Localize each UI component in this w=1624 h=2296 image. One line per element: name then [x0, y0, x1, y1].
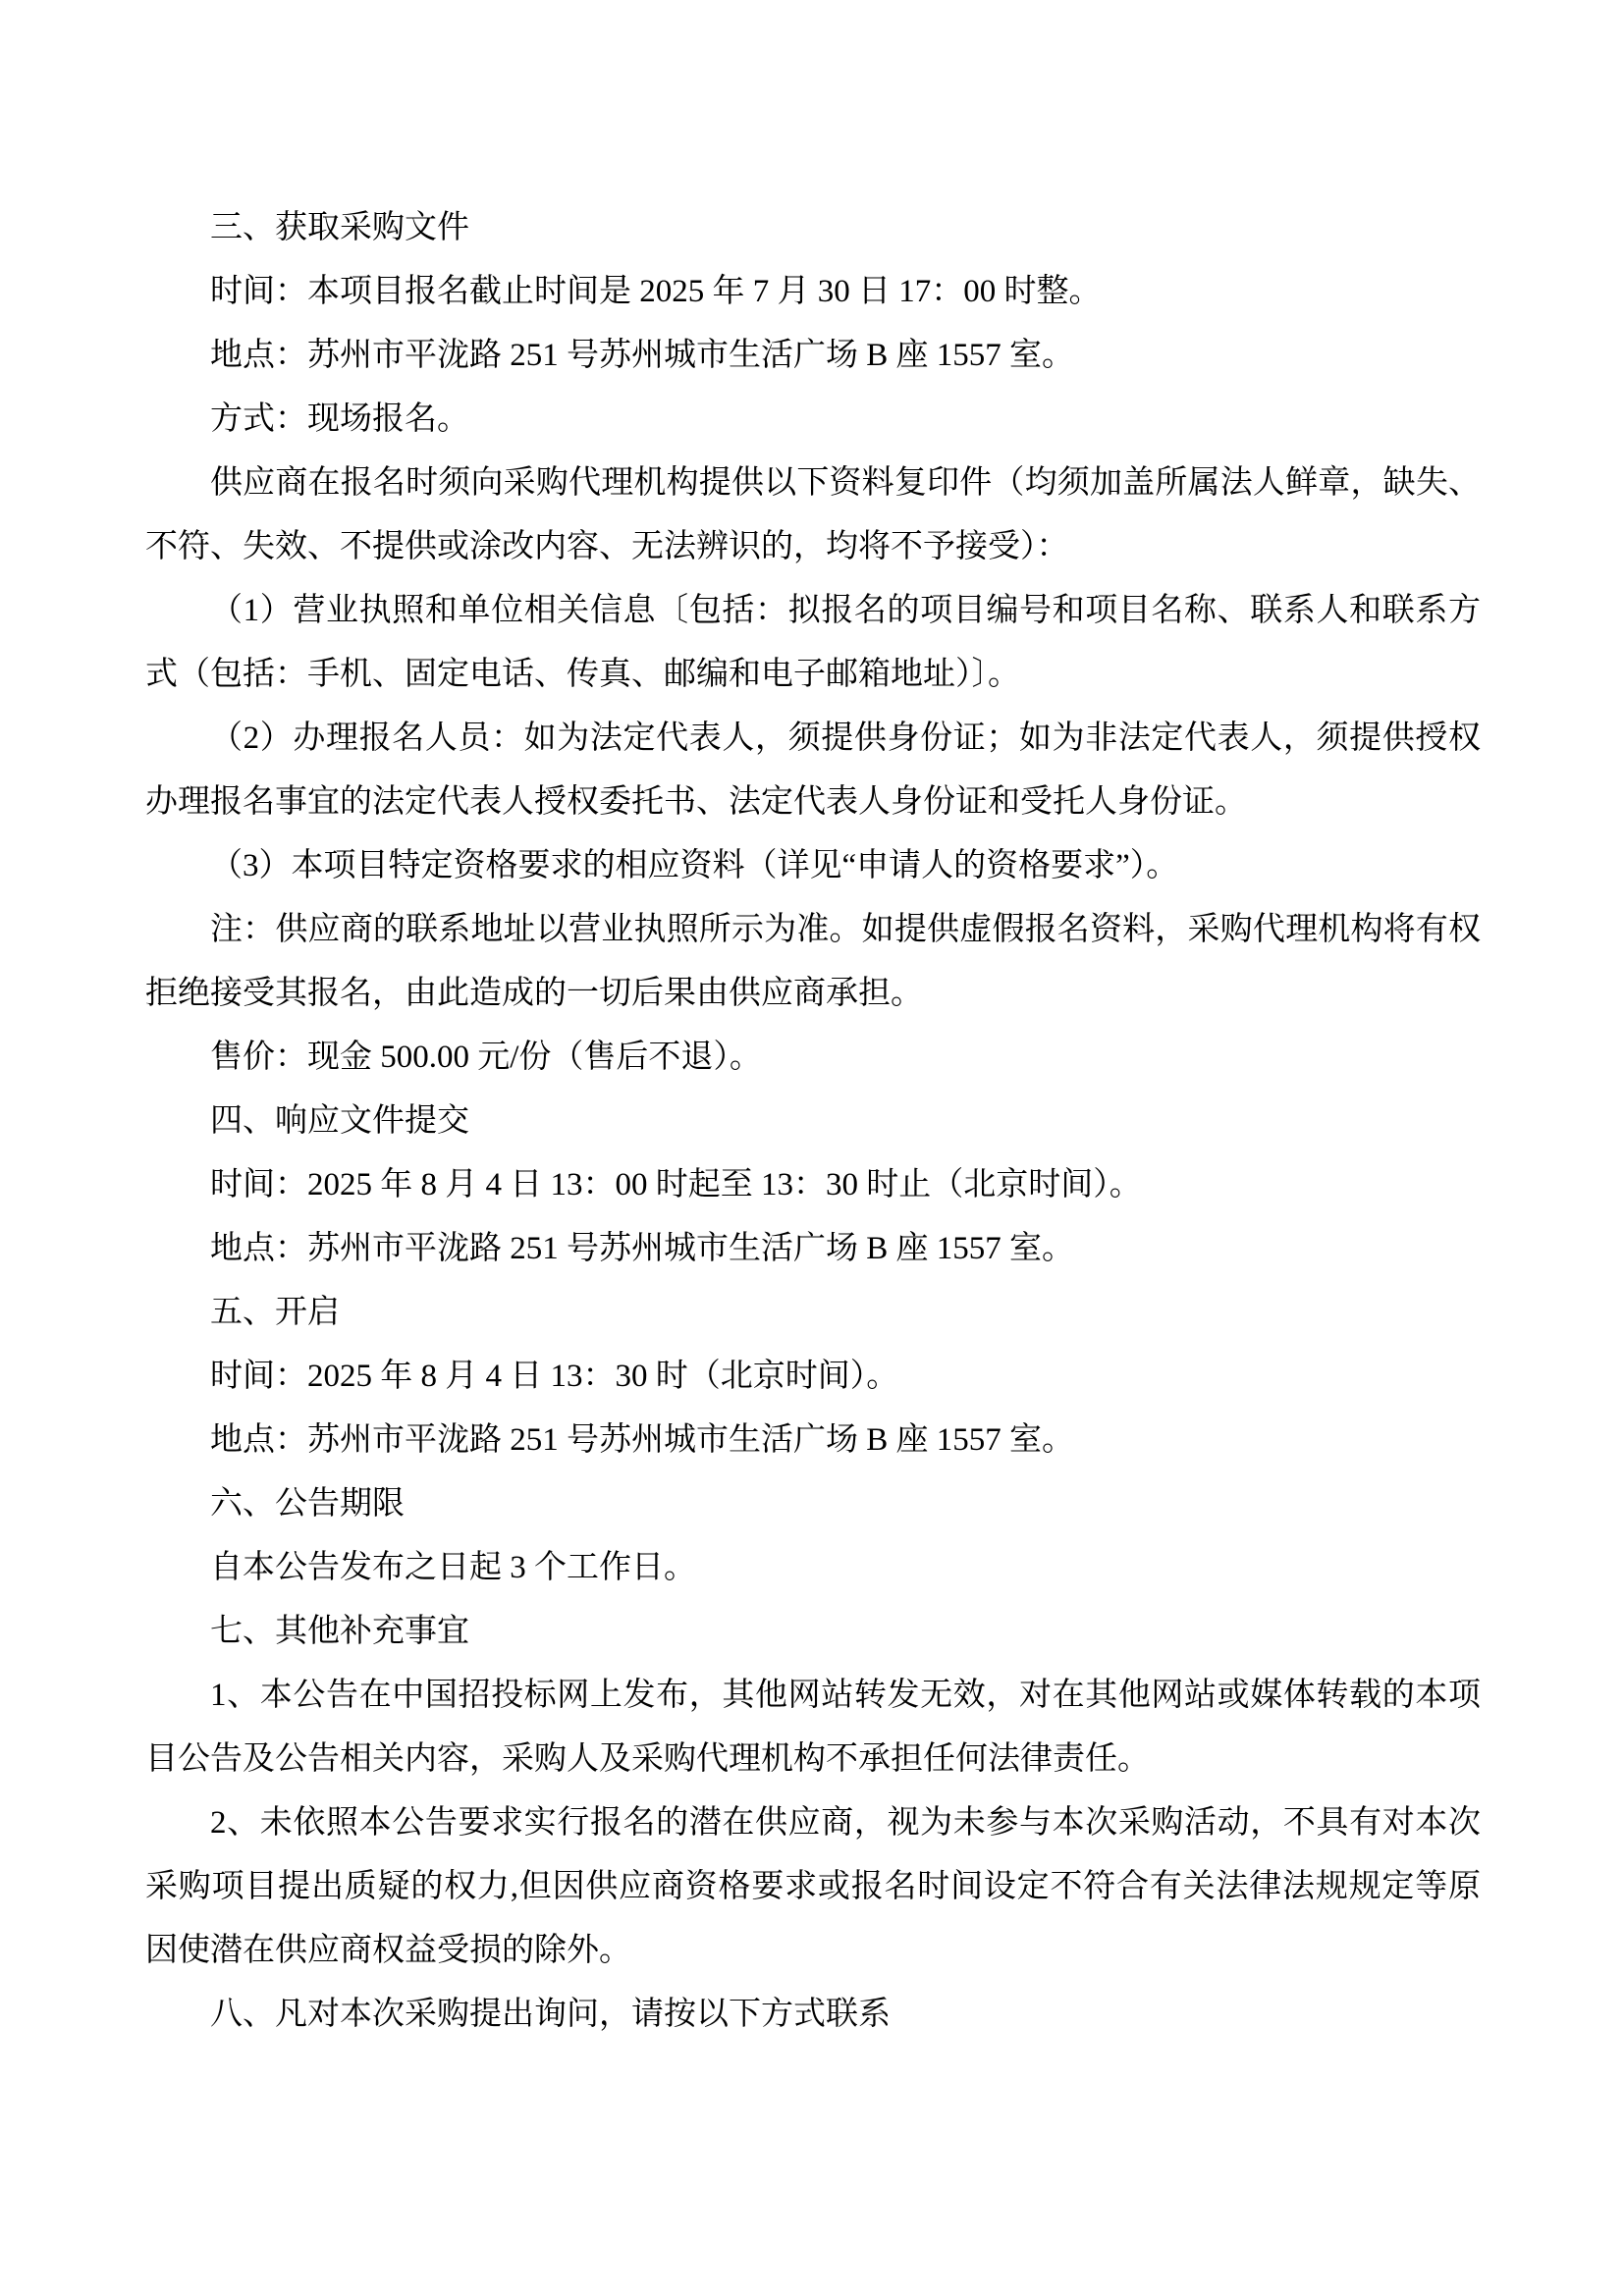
- note-supplier-address: 注：供应商的联系地址以营业执照所示为准。如提供虚假报名资料，采购代理机构将有权拒…: [145, 898, 1481, 1026]
- announcement-period: 自本公告发布之日起 3 个工作日。: [145, 1536, 1481, 1600]
- registration-method: 方式：现场报名。: [145, 388, 1481, 452]
- section-heading-other-matters: 七、其他补充事宜: [145, 1600, 1481, 1664]
- section-heading-response-submission: 四、响应文件提交: [145, 1090, 1481, 1153]
- item-3-qualification-materials: （3）本项目特定资格要求的相应资料（详见“申请人的资格要求”）。: [145, 834, 1481, 898]
- document-price: 售价：现金 500.00 元/份（售后不退）。: [145, 1026, 1481, 1090]
- submission-time: 时间：2025 年 8 月 4 日 13：00 时起至 13：30 时止（北京时…: [145, 1153, 1481, 1217]
- opening-time: 时间：2025 年 8 月 4 日 13：30 时（北京时间）。: [145, 1345, 1481, 1409]
- registration-location: 地点：苏州市平泷路 251 号苏州城市生活广场 B 座 1557 室。: [145, 324, 1481, 388]
- document-page: 三、获取采购文件 时间：本项目报名截止时间是 2025 年 7 月 30 日 1…: [0, 0, 1624, 2296]
- item-2-registrant-requirements: （2）办理报名人员：如为法定代表人，须提供身份证；如为非法定代表人，须提供授权办…: [145, 707, 1481, 834]
- section-heading-obtain-documents: 三、获取采购文件: [145, 196, 1481, 260]
- other-matters-item-1: 1、本公告在中国招投标网上发布，其他网站转发无效，对在其他网站或媒体转载的本项目…: [145, 1664, 1481, 1791]
- document-body: 三、获取采购文件 时间：本项目报名截止时间是 2025 年 7 月 30 日 1…: [145, 196, 1481, 2047]
- other-matters-item-2: 2、未依照本公告要求实行报名的潜在供应商，视为未参与本次采购活动，不具有对本次采…: [145, 1791, 1481, 1983]
- submission-location: 地点：苏州市平泷路 251 号苏州城市生活广场 B 座 1557 室。: [145, 1217, 1481, 1281]
- section-heading-announcement-period: 六、公告期限: [145, 1472, 1481, 1536]
- registration-deadline: 时间：本项目报名截止时间是 2025 年 7 月 30 日 17：00 时整。: [145, 260, 1481, 324]
- section-heading-opening: 五、开启: [145, 1281, 1481, 1345]
- section-heading-contact: 八、凡对本次采购提出询问，请按以下方式联系: [145, 1983, 1481, 2047]
- item-1-business-license: （1）营业执照和单位相关信息〔包括：拟报名的项目编号和项目名称、联系人和联系方式…: [145, 579, 1481, 707]
- opening-location: 地点：苏州市平泷路 251 号苏州城市生活广场 B 座 1557 室。: [145, 1409, 1481, 1472]
- supplier-materials-intro: 供应商在报名时须向采购代理机构提供以下资料复印件（均须加盖所属法人鲜章，缺失、不…: [145, 452, 1481, 579]
